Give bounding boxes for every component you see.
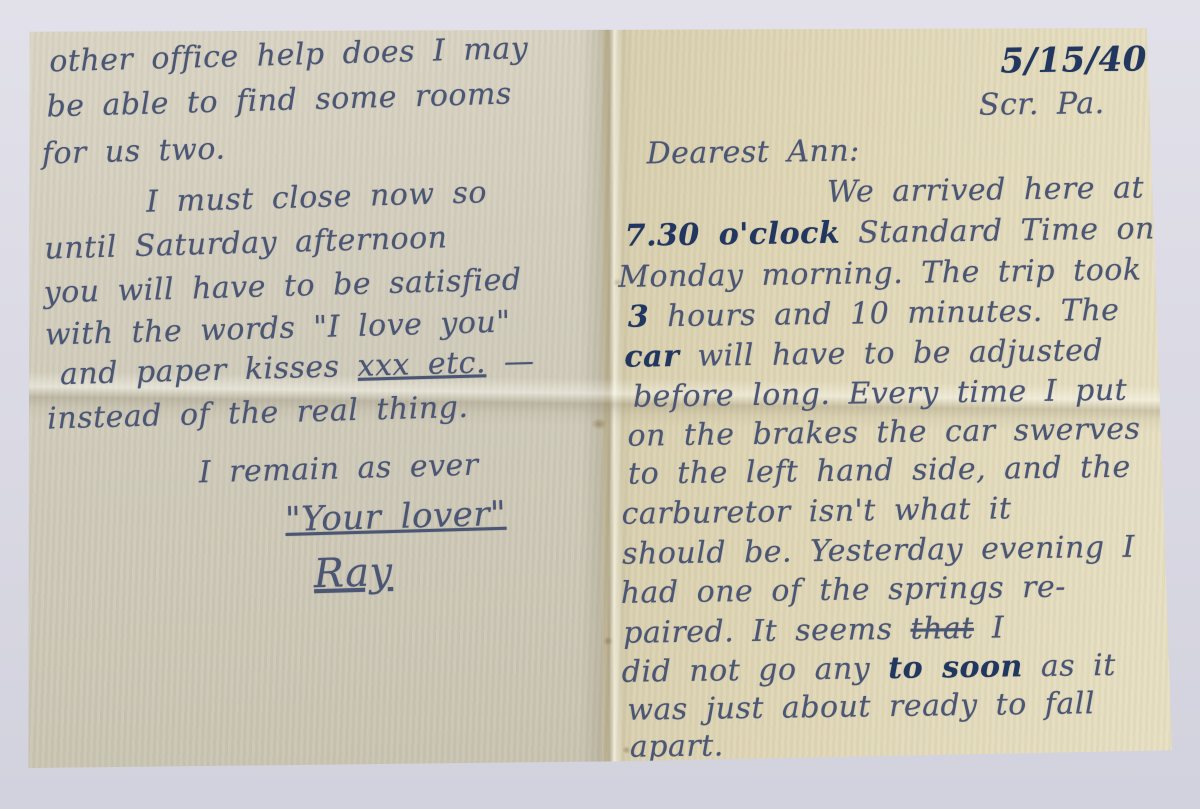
bold-car-text: car bbox=[624, 339, 679, 375]
handwritten-line: other office help does I may bbox=[49, 34, 529, 77]
right-page-text-block: 5/15/40 Scr. Pa. Dearest Ann: We arrived… bbox=[610, 24, 1177, 772]
line-segment: as it bbox=[1023, 648, 1116, 684]
handwritten-line: did not go any to soon as it bbox=[622, 651, 1116, 688]
line-segment: hours and 10 minutes. The bbox=[649, 293, 1120, 335]
struck-word: that bbox=[910, 611, 974, 647]
handwritten-line: had one of the springs re- bbox=[620, 573, 1066, 609]
handwritten-line: Monday morning. The trip took bbox=[618, 256, 1142, 293]
handwritten-line: be able to find some rooms bbox=[46, 79, 512, 122]
handwritten-line: 3 hours and 10 minutes. The bbox=[628, 296, 1120, 333]
line-segment: will have to be adjusted bbox=[679, 333, 1103, 374]
handwritten-line: carburetor isn't what it bbox=[621, 494, 1011, 529]
salutation: Dearest Ann: bbox=[646, 136, 860, 169]
line-segment: did not go any bbox=[622, 651, 889, 690]
bold-overwritten-text: to soon bbox=[888, 649, 1023, 686]
handwritten-line: 7.30 o'clock Standard Time on bbox=[625, 214, 1156, 251]
closing-line: I remain as ever bbox=[198, 451, 479, 489]
handwritten-line: to the left hand side, and the bbox=[628, 453, 1131, 490]
letter-paper: other office help does I may be able to … bbox=[25, 28, 1172, 768]
signature: Ray bbox=[313, 552, 393, 594]
line-segment: paired. It seems bbox=[623, 612, 911, 651]
left-page-text-block: other office help does I may be able to … bbox=[37, 27, 599, 642]
line-segment: I bbox=[974, 610, 1005, 645]
photo-background: other office help does I may be able to … bbox=[0, 0, 1200, 809]
line-segment: — bbox=[485, 344, 535, 380]
bold-time-text: 7.30 o'clock bbox=[624, 216, 840, 254]
handwritten-line: paired. It seems that I bbox=[623, 613, 1004, 648]
handwritten-line: instead of the real thing. bbox=[47, 393, 469, 435]
handwritten-line: and paper kisses xxx etc. — bbox=[60, 347, 535, 390]
valediction: "Your lover" bbox=[285, 497, 507, 537]
bold-number-text: 3 bbox=[628, 299, 650, 334]
handwritten-line: on the brakes the car swerves bbox=[627, 415, 1140, 452]
handwritten-line: car will have to be adjusted bbox=[624, 336, 1103, 373]
handwritten-line: should be. Yesterday evening I bbox=[622, 533, 1135, 570]
handwritten-line: was just about ready to fall bbox=[627, 689, 1095, 726]
handwritten-line: We arrived here at bbox=[827, 173, 1144, 207]
handwritten-line: before long. Every time I put bbox=[633, 376, 1128, 413]
handwritten-line: until Saturday afternoon bbox=[44, 223, 448, 264]
handwritten-line: you will have to be satisfied bbox=[43, 265, 522, 308]
handwritten-line: apart. bbox=[630, 731, 724, 762]
handwritten-line: I must close now so bbox=[146, 178, 488, 218]
handwritten-line: with the words "I love you" bbox=[45, 308, 511, 351]
handwritten-line: for us two. bbox=[41, 135, 225, 170]
letter-date: 5/15/40 bbox=[1000, 42, 1147, 78]
line-segment: Standard Time on bbox=[840, 211, 1155, 250]
underlined-kisses-text: xxx etc. bbox=[357, 345, 486, 384]
letter-place: Scr. Pa. bbox=[979, 89, 1105, 121]
line-segment: and paper kisses bbox=[60, 349, 358, 392]
